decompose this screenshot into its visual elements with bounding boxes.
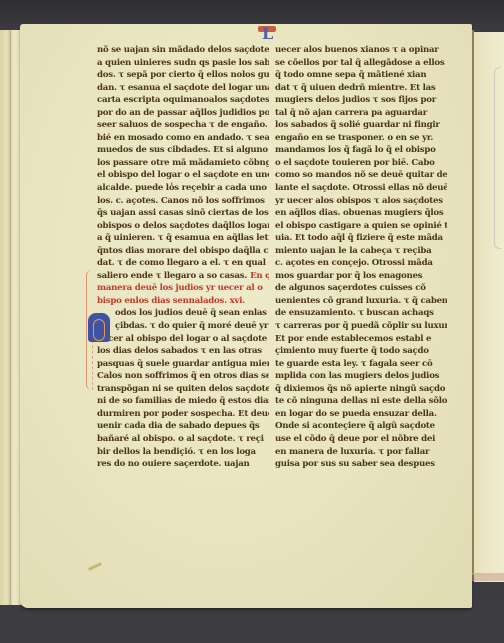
text-line: bañaré al obispo. o al saçdote. τ reçi xyxy=(97,433,269,445)
text-line: te cõ ninguna dellas ni este della sõlo xyxy=(275,396,447,408)
text-line: yr uecer alos obispos τ alos saçdotes xyxy=(275,195,447,207)
text-line: el obispo castigare a quien se opinié to… xyxy=(275,220,447,232)
text-line: çibdas. τ do quier q̃ moré deuē yr xyxy=(97,320,269,332)
text-line: carta escripta oquimanoalos saçdotes xyxy=(97,95,269,107)
text-line: dat τ q̃ uiuen dedrñ mientre. Et las xyxy=(275,82,447,94)
text-line: mplida con las mugiers delos judios xyxy=(275,371,447,383)
text-line: en logar do se pueda ensuzar della. xyxy=(275,408,447,420)
text-line: dan. τ esanua el saçdote del logar una xyxy=(97,82,269,94)
pencil-mark xyxy=(494,67,501,249)
text-line: uecer al obispo del logar o al saçdote e… xyxy=(97,333,269,345)
text-line: se cõellos por tal q̃ allegãdose a ellos xyxy=(275,57,447,69)
text-line: durmiren por poder sospecha. Et deuē xyxy=(97,408,269,420)
text-line: uenir cada dia de sabado depues q̃s xyxy=(97,421,269,433)
leaf-edge-line xyxy=(10,30,11,605)
text-line: lante el saçdote. Otrossi ellas nõ deuē xyxy=(275,182,447,194)
text-line: dat. τ de como llegaro a el. τ en qual d… xyxy=(97,258,269,270)
text-line: los sabados q̃ solié guardar ni fingir xyxy=(275,120,447,132)
text-line: uecer alos buenos xianos τ a opinar xyxy=(275,44,447,56)
text-line: los dias delos sabados τ en las otras xyxy=(97,345,269,357)
text-line: guisa por sus su saber sea despues xyxy=(275,458,447,470)
text-line: use el cõdo q̃ deue por el nõbre dei xyxy=(275,433,447,445)
text-line: uia. Et todo aq̃l q̃ fiziere q̃ este mãd… xyxy=(275,233,447,245)
text-line: Calos non soffrimos q̃ en otros dias se xyxy=(97,371,269,383)
right-text-column: uecer alos buenos xianos τ a opinar se c… xyxy=(275,44,447,471)
text-line: dos. τ sepã por cierto q̃ ellos nolos gu… xyxy=(97,69,269,81)
text-line: los. c. açotes. Canos nõ los soffrimos xyxy=(97,195,269,207)
header-initial-letter: L xyxy=(262,25,273,43)
text-line: q̃s uajan assi casas sinõ ciertas de los xyxy=(97,207,269,219)
text-line: en manera de luxuria. τ por fallar xyxy=(275,446,447,458)
text-line: Onde si aconteçiere q̃ algũ saçdote xyxy=(275,421,447,433)
header-initial: L xyxy=(258,26,278,44)
text-line: res do no ouiere saçerdote. uajan xyxy=(97,458,269,470)
rubric-heading-start: En qual xyxy=(250,270,269,282)
text-line: τ carreras por q̃ puedã cõplir su luxuri… xyxy=(275,320,447,332)
text-line: c. açotes en conçejo. Otrossi mãda xyxy=(275,258,447,270)
text-line: pasquas q̃ suele guardar antigua mientre… xyxy=(97,358,269,370)
text-line: de ensuzamiento. τ buscan achaqs xyxy=(275,308,447,320)
text-line: saliero ende τ llegaro a so casas. En qu… xyxy=(97,270,269,282)
rubric-heading: bispo enlos dias sennalados. xvi. xyxy=(97,295,269,307)
next-page-edge xyxy=(474,32,504,582)
text-line: obispos o delos saçdotes daq̃llos logare… xyxy=(97,220,269,232)
text-line: tal q̃ nõ ajan carrera pa aguardar xyxy=(275,107,447,119)
text-line: seer saluos de sospecha τ de engaño. τ xyxy=(97,120,269,132)
text-line: o el saçdote touieren por biē. Cabo xyxy=(275,157,447,169)
decorated-initial-T xyxy=(88,313,110,342)
text-line: odos los judios deuē q̃ sean enlas xyxy=(97,308,269,320)
text-line: mandamos los q̃ fagã lo q̃ el obispo xyxy=(275,145,447,157)
text-line: uenientes cõ grand luxuria. τ q̃ caben xyxy=(275,295,447,307)
text-line: como so mandos nõ se deuē quitar de xyxy=(275,170,447,182)
text-line: a quien uinieres sudn qs pasie los saba xyxy=(97,57,269,69)
text-line: de algunos saçerdotes cuisses cõ xyxy=(275,283,447,295)
text-line: en aq̃llos dias. obuenas mugiers q̃los xyxy=(275,207,447,219)
text-line: el obispo del logar o el saçdote en uno … xyxy=(97,170,269,182)
initial-filigree xyxy=(93,319,105,341)
text-line: Et por ende establecemos establ e xyxy=(275,333,447,345)
text-line: los passare otre mã mãdamieto cõbnge xyxy=(97,157,269,169)
text-line: a q̃ uinieren. τ q̃ esamua en aq̃llas le… xyxy=(97,233,269,245)
text-line: engaño en se trasponer. o en se yr. xyxy=(275,132,447,144)
text-line: q̃ntos dias morare del obispo daq̃lla ci… xyxy=(97,245,269,257)
text-line: bié en mosado como en andado. τ sea ap xyxy=(97,132,269,144)
text-line: bir dellos la bendiçió. τ en los loga xyxy=(97,446,269,458)
text-line: q̃ todo omne sepa q̃ mãtiené xian xyxy=(275,69,447,81)
text-line: alcalde. puede lo̾s reçebir a cada uno d… xyxy=(97,182,269,194)
text-line: nõ se uajan sin mãdado delos saçdotes xyxy=(97,44,269,56)
text-line: muedos de sus cibdades. Et si alguno del xyxy=(97,145,269,157)
text-line: miento uajan le la cabeça τ reçiba xyxy=(275,245,447,257)
text-line: çimiento muy fuerte q̃ todo saçdo xyxy=(275,345,447,357)
text-line: te guarde esta ley. τ fagala seer cō xyxy=(275,358,447,370)
page-corner-stain xyxy=(472,573,504,581)
left-text-column: nõ se uajan sin mãdado delos saçdotes a … xyxy=(97,44,269,471)
text-line: mugiers delos judios τ sos fijos por xyxy=(275,95,447,107)
text-line: q̃ dixiemos q̃s nõ apierte ningũ saçdo xyxy=(275,383,447,395)
text-line-part: saliero ende τ llegaro a so casas. xyxy=(97,270,247,282)
text-line: mos guardar por q̃ los enagones xyxy=(275,270,447,282)
text-line: ni de so familias de miedo q̃ estos dias xyxy=(97,396,269,408)
page-gutter xyxy=(472,30,474,575)
text-line: transpõgan ni se quiten delos saçdotes xyxy=(97,383,269,395)
rubric-heading: manera deuē los judios yr uecer al o xyxy=(97,283,269,295)
left-page-edges xyxy=(0,30,22,605)
text-line: por do an de passar aq̃llos judidios por xyxy=(97,107,269,119)
